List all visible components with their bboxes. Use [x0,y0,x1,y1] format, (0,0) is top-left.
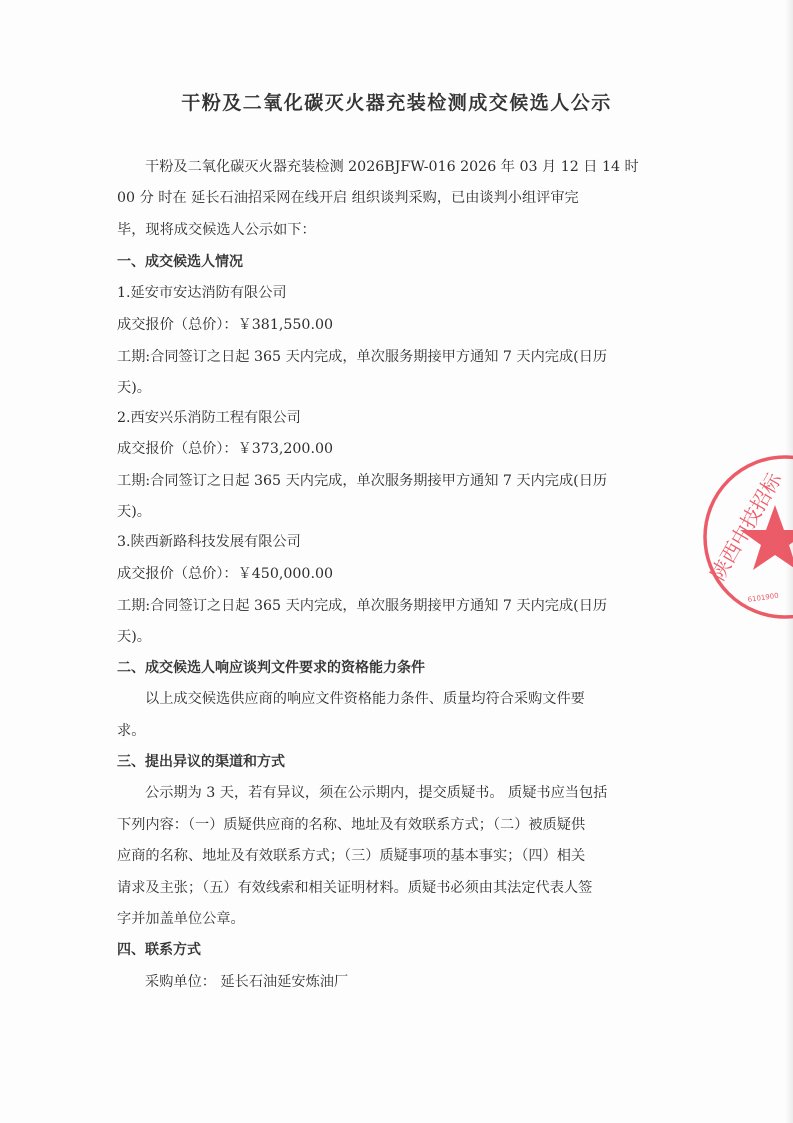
section-heading-1: 一、成交候选人情况 [117,251,243,271]
intro-line: 00 分 时在 延长石油招采网在线开启 组织谈判采购，已由谈判小组评审完 [117,187,579,207]
section-heading-4: 四、联系方式 [117,939,201,959]
intro-line: 毕，现将成交候选人公示如下： [117,219,316,239]
section2-line: 求。 [117,720,145,740]
candidate-price: 成交报价（总价）：￥373,200.00 [117,438,333,458]
section-heading-3: 三、提出异议的渠道和方式 [117,751,285,771]
candidate-name: 3.陕西新路科技发展有限公司 [117,531,301,551]
section3-line: 请求及主张；（五）有效线索和相关证明材料。质疑书必须由其法定代表人签 [117,877,592,897]
section3-line: 字并加盖单位公章。 [117,908,245,928]
candidate-period: 天)。 [117,626,151,646]
section-heading-2: 二、成交候选人响应谈判文件要求的资格能力条件 [117,657,425,677]
candidate-period: 工期:合同签订之日起 365 天内完成，单次服务期接甲方通知 7 天内完成(日历 [117,346,607,366]
candidate-period: 工期:合同签订之日起 365 天内完成，单次服务期接甲方通知 7 天内完成(日历 [117,595,607,615]
candidate-price: 成交报价（总价）：￥381,550.00 [117,314,333,334]
candidate-price: 成交报价（总价）：￥450,000.00 [117,563,333,583]
section3-line: 下列内容：（一）质疑供应商的名称、地址及有效联系方式；（二）被质疑供 [117,814,585,834]
candidate-name: 2.西安兴乐消防工程有限公司 [117,407,301,427]
section3-line: 应商的名称、地址及有效联系方式；（三）质疑事项的基本事实；（四）相关 [117,845,585,865]
candidate-period: 天)。 [117,377,151,397]
candidate-period: 工期:合同签订之日起 365 天内完成，单次服务期接甲方通知 7 天内完成(日历 [117,470,607,490]
candidate-name: 1.延安市安达消防有限公司 [117,282,287,302]
official-seal-icon: 陕西中技招标 6101900 [700,452,793,622]
candidate-period: 天)。 [117,501,151,521]
svg-text:6101900: 6101900 [747,592,779,604]
intro-line: 干粉及二氧化碳灭火器充装检测 2026BJFW-016 2026 年 03 月 … [145,156,639,176]
document-title: 干粉及二氧化碳灭火器充装检测成交候选人公示 [0,88,793,115]
section2-line: 以上成交候选供应商的响应文件资格能力条件、质量均符合采购文件要 [145,688,585,708]
section3-line: 公示期为 3 天，若有异议，须在公示期内，提交质疑书。 质疑书应当包括 [145,782,607,802]
purchaser-line: 采购单位： 延长石油延安炼油厂 [145,971,348,991]
